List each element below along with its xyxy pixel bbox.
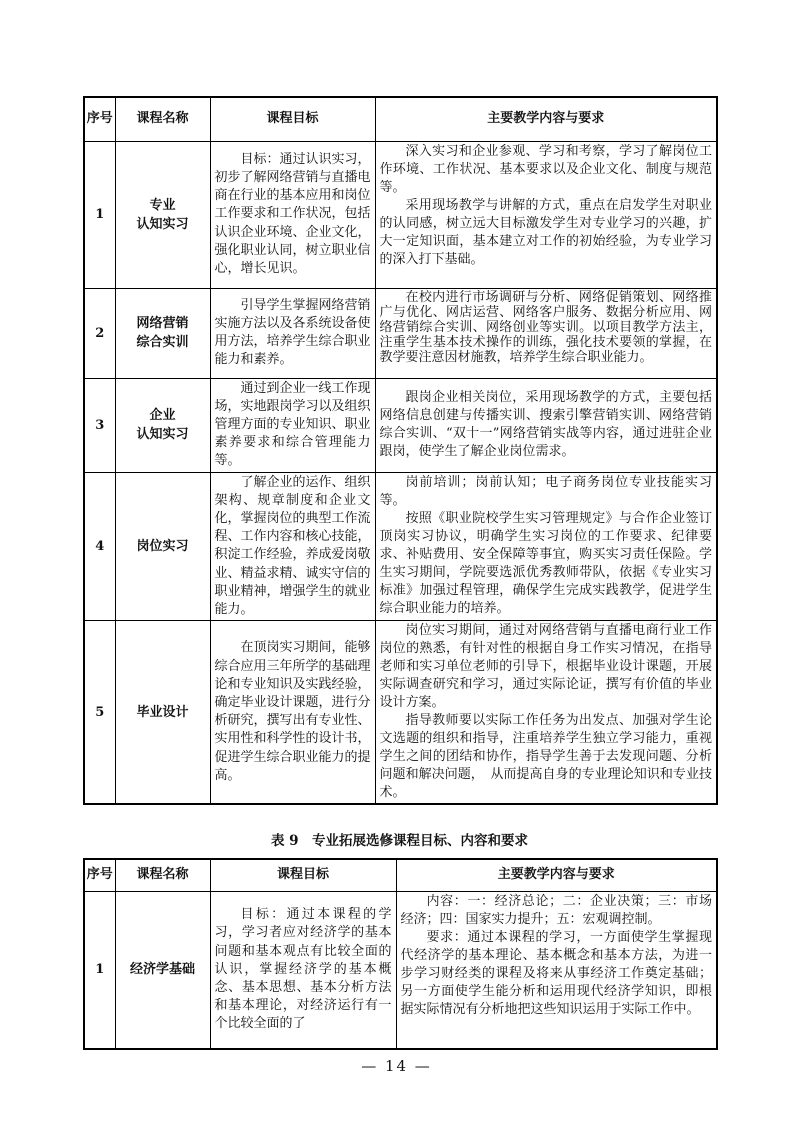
objective-paragraph: 通过到企业一线工作现场，实地跟岗学习以及组织管理方面的专业知识、职业素养要求和综… bbox=[215, 380, 371, 471]
table-row: 1 专业 认知实习 目标：通过认识实习，初步了解网络营销与直播电商在行业的基本应… bbox=[84, 141, 717, 288]
course-content: 岗前培训；岗前认知；电子商务岗位专业技能实习等。 按照《职业院校学生实习管理规定… bbox=[375, 472, 717, 621]
course-name: 经济学基础 bbox=[115, 891, 210, 1049]
table-row: 3 企业 认知实习 通过到企业一线工作现场，实地跟岗学习以及组织管理方面的专业知… bbox=[84, 378, 717, 472]
content-paragraph: 跟岗企业相关岗位，采用现场教学的方式，主要包括网络信息创建与传播实训、搜索引擎营… bbox=[380, 389, 713, 461]
col-header-course-name: 课程名称 bbox=[115, 859, 210, 891]
content-paragraph: 指导教师要以实际工作任务为出发点、加强对学生论文选题的组织和指导，注重培养学生独… bbox=[380, 712, 713, 802]
document-page: 序号 课程名称 课程目标 主要教学内容与要求 1 专业 认知实习 目标：通过认识… bbox=[0, 0, 793, 1122]
content-paragraph: 要求：通过本课程的学习，一方面使学生掌握现代经济学的基本理论、基本概念和基本方法… bbox=[401, 929, 713, 1019]
col-header-objective: 课程目标 bbox=[210, 859, 396, 891]
practical-course-table: 序号 课程名称 课程目标 主要教学内容与要求 1 专业 认知实习 目标：通过认识… bbox=[83, 96, 718, 805]
col-header-content: 主要教学内容与要求 bbox=[375, 97, 717, 141]
course-name-line: 认知实习 bbox=[120, 425, 206, 444]
course-name: 企业 认知实习 bbox=[115, 378, 210, 472]
table-header-row: 序号 课程名称 课程目标 主要教学内容与要求 bbox=[84, 97, 717, 141]
course-content: 在校内进行市场调研与分析、网络促销策划、网络推广与优化、网店运营、网络客户服务、… bbox=[375, 288, 717, 378]
objective-paragraph: 在顶岗实习期间，能够综合应用三年所学的基础理论和专业知识及实践经验，确定毕业设计… bbox=[215, 639, 371, 785]
row-number: 4 bbox=[84, 472, 115, 621]
table-row: 4 岗位实习 了解企业的运作、组织架构、规章制度和企业文化，掌握岗位的典型工作流… bbox=[84, 472, 717, 621]
course-name-line: 企业 bbox=[120, 406, 206, 425]
content-paragraph: 内容：一：经济总论；二：企业决策；三：市场经济；四：国家实力提升；五：宏观调控制… bbox=[401, 893, 713, 929]
course-content: 跟岗企业相关岗位，采用现场教学的方式，主要包括网络信息创建与传播实训、搜索引擎营… bbox=[375, 378, 717, 472]
table-row: 1 经济学基础 目标：通过本课程的学习，学习者应对经济学的基本问题和基本观点有比… bbox=[84, 891, 717, 1049]
objective-paragraph: 目标：通过认识实习，初步了解网络营销与直播电商在行业的基本应用和岗位工作要求和工… bbox=[215, 151, 371, 278]
course-name-line: 经济学基础 bbox=[120, 960, 206, 979]
col-header-no: 序号 bbox=[84, 859, 115, 891]
course-name: 毕业设计 bbox=[115, 621, 210, 805]
course-objective: 了解企业的运作、组织架构、规章制度和企业文化，掌握岗位的典型工作流程、工作内容和… bbox=[210, 472, 375, 621]
course-name: 岗位实习 bbox=[115, 472, 210, 621]
content-paragraph: 在校内进行市场调研与分析、网络促销策划、网络推广与优化、网店运营、网络客户服务、… bbox=[380, 290, 713, 365]
course-name-line: 综合实训 bbox=[120, 333, 206, 352]
course-content: 内容：一：经济总论；二：企业决策；三：市场经济；四：国家实力提升；五：宏观调控制… bbox=[396, 891, 717, 1049]
course-objective: 目标：通过认识实习，初步了解网络营销与直播电商在行业的基本应用和岗位工作要求和工… bbox=[210, 141, 375, 288]
course-content: 岗位实习期间，通过对网络营销与直播电商行业工作岗位的熟悉，有针对性的根据自身工作… bbox=[375, 621, 717, 805]
content-paragraph: 按照《职业院校学生实习管理规定》与合作企业签订顶岗实习协议，明确学生实习岗位的工… bbox=[380, 510, 713, 618]
row-number: 5 bbox=[84, 621, 115, 805]
page-number: — 14 — bbox=[0, 1057, 793, 1075]
table-row: 2 网络营销 综合实训 引导学生掌握网络营销实施方法以及各系统设备使用方法，培养… bbox=[84, 288, 717, 378]
course-objective: 在顶岗实习期间，能够综合应用三年所学的基础理论和专业知识及实践经验，确定毕业设计… bbox=[210, 621, 375, 805]
course-name-line: 专业 bbox=[120, 196, 206, 215]
course-name: 网络营销 综合实训 bbox=[115, 288, 210, 378]
course-name: 专业 认知实习 bbox=[115, 141, 210, 288]
elective-course-table: 序号 课程名称 课程目标 主要教学内容与要求 1 经济学基础 目标：通过本课程的… bbox=[83, 858, 718, 1050]
course-name-line: 毕业设计 bbox=[120, 703, 206, 722]
course-objective: 通过到企业一线工作现场，实地跟岗学习以及组织管理方面的专业知识、职业素养要求和综… bbox=[210, 378, 375, 472]
course-objective: 引导学生掌握网络营销实施方法以及各系统设备使用方法，培养学生综合职业能力和素养。 bbox=[210, 288, 375, 378]
content-paragraph: 深入实习和企业参观、学习和考察，学习了解岗位工作环境、工作状况、基本要求以及企业… bbox=[380, 143, 713, 197]
course-objective: 目标：通过本课程的学习，学习者应对经济学的基本问题和基本观点有比较全面的认识，掌… bbox=[210, 891, 396, 1049]
table9-caption: 表 9 专业拓展选修课程目标、内容和要求 bbox=[83, 829, 716, 849]
col-header-no: 序号 bbox=[84, 97, 115, 141]
course-content: 深入实习和企业参观、学习和考察，学习了解岗位工作环境、工作状况、基本要求以及企业… bbox=[375, 141, 717, 288]
objective-paragraph: 了解企业的运作、组织架构、规章制度和企业文化，掌握岗位的典型工作流程、工作内容和… bbox=[215, 474, 371, 620]
content-paragraph: 岗前培训；岗前认知；电子商务岗位专业技能实习等。 bbox=[380, 474, 713, 510]
content-paragraph: 采用现场教学与讲解的方式，重点在启发学生对职业的认同感，树立远大目标激发学生对专… bbox=[380, 197, 713, 269]
course-name-line: 网络营销 bbox=[120, 314, 206, 333]
col-header-content: 主要教学内容与要求 bbox=[396, 859, 717, 891]
row-number: 1 bbox=[84, 891, 115, 1049]
row-number: 1 bbox=[84, 141, 115, 288]
table-header-row: 序号 课程名称 课程目标 主要教学内容与要求 bbox=[84, 859, 717, 891]
course-name-line: 认知实习 bbox=[120, 215, 206, 234]
content-paragraph: 岗位实习期间，通过对网络营销与直播电商行业工作岗位的熟悉，有针对性的根据自身工作… bbox=[380, 622, 713, 712]
table-row: 5 毕业设计 在顶岗实习期间，能够综合应用三年所学的基础理论和专业知识及实践经验… bbox=[84, 621, 717, 805]
page-content: 序号 课程名称 课程目标 主要教学内容与要求 1 专业 认知实习 目标：通过认识… bbox=[83, 96, 716, 1050]
col-header-objective: 课程目标 bbox=[210, 97, 375, 141]
course-name-line: 岗位实习 bbox=[120, 537, 206, 556]
row-number: 3 bbox=[84, 378, 115, 472]
col-header-course-name: 课程名称 bbox=[115, 97, 210, 141]
objective-paragraph: 目标：通过本课程的学习，学习者应对经济学的基本问题和基本观点有比较全面的认识，掌… bbox=[215, 906, 392, 1033]
objective-paragraph: 引导学生掌握网络营销实施方法以及各系统设备使用方法，培养学生综合职业能力和素养。 bbox=[215, 297, 371, 370]
row-number: 2 bbox=[84, 288, 115, 378]
